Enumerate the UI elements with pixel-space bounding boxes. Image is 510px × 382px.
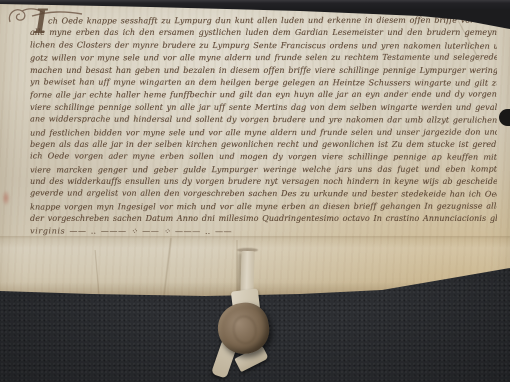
manuscript-text-line: ich Oede vorgen ader myne erben sollen u… <box>30 151 497 165</box>
manuscript-text-line: begen als das alle jar in der selben kir… <box>30 139 497 151</box>
manuscript-text-line: alle myne erben das ich den ersamen gyst… <box>30 27 497 39</box>
manuscript-text-line: gotz willen vor myne sele und vor alle m… <box>30 52 497 65</box>
manuscript-text-line: machen und besast han geben und bezalen … <box>30 65 497 77</box>
manuscript-text-line: knappe vorgen myn Ingesigel vor mich und… <box>30 200 497 213</box>
manuscript-text-line: ane widdersprache und hindersal und soll… <box>30 114 497 128</box>
manuscript-text-line: viere schillinge pennige sollent yn alle… <box>30 102 497 114</box>
manuscript-text-line: und festlichen bidden vor myne sele und … <box>30 126 497 139</box>
manuscript-text-line: forne alle jar echte haller heme funffbe… <box>30 89 497 102</box>
manuscript-text-line: viere marcken genger und geber gulde Lym… <box>30 163 497 176</box>
manuscript-text-line: virginis —— ‥ ——— ⁘ —— ⁘ ——— ‥ —— <box>30 225 497 239</box>
manuscript-text-line: geverde und argelist von allen den vorge… <box>30 188 497 202</box>
parchment-charter: I ch Oede knappe sesshafft zu Lympurg du… <box>0 0 510 300</box>
manuscript-text-line: der vorgeschreben sachen Datum Anno dni … <box>30 213 497 225</box>
red-ink-smudge <box>2 190 10 206</box>
manuscript-text-block: ch Oede knappe sesshafft zu Lympurg dun … <box>30 15 497 238</box>
manuscript-photograph: I ch Oede knappe sesshafft zu Lympurg du… <box>0 0 510 382</box>
parchment-edge-notch <box>499 109 510 126</box>
